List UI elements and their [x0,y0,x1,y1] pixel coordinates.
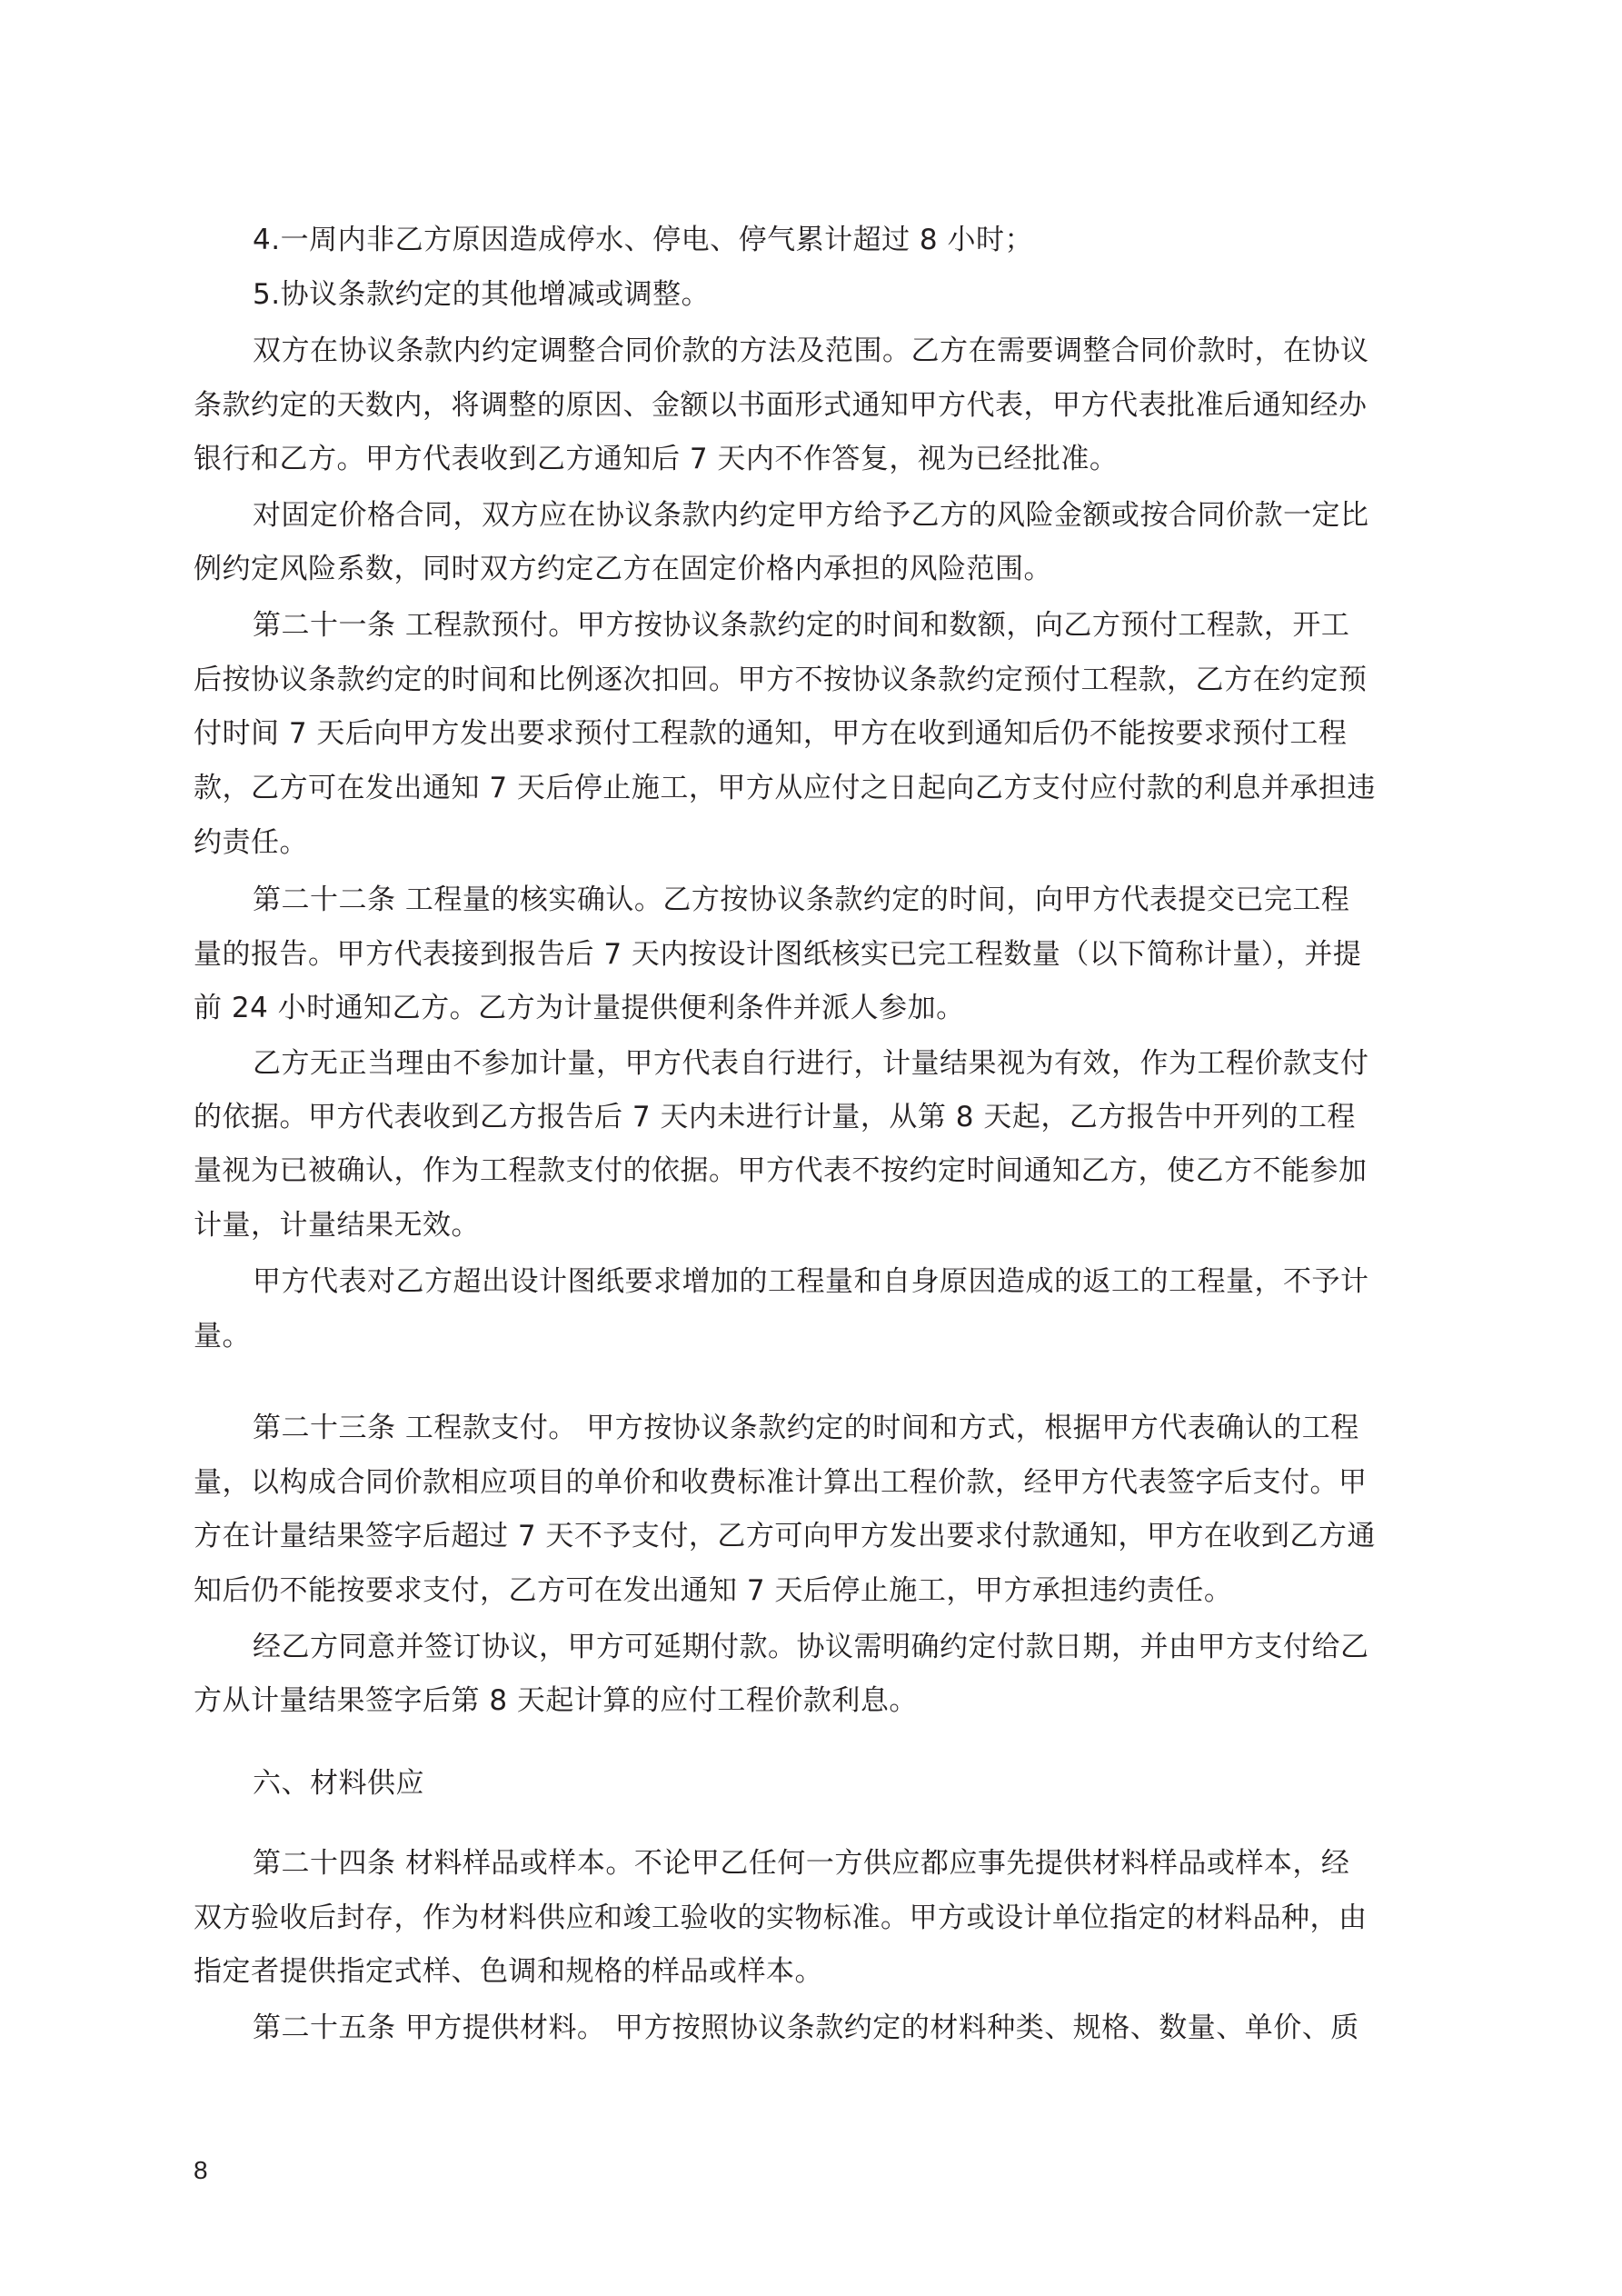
text-line: 银行和乙方。甲方代表收到乙方通知后 7 天内不作答复，视为已经批准。 [194,441,1429,477]
text-line: 方在计量结果签字后超过 7 天不予支付，乙方可向甲方发出要求付款通知，甲方在收到… [194,1518,1429,1554]
text-line: 后按协议条款约定的时间和比例逐次扣回。甲方不按协议条款约定预付工程款，乙方在约定… [194,662,1429,698]
text-line: 量。 [194,1318,1429,1354]
text-line: 第二十五条 甲方提供材料。 甲方按照协议条款约定的材料种类、规格、数量、单价、质 [253,2010,1429,2046]
text-line: 量，以构成合同价款相应项目的单价和收费标准计算出工程价款，经甲方代表签字后支付。… [194,1464,1429,1501]
text-line: 款，乙方可在发出通知 7 天后停止施工，甲方从应付之日起向乙方支付应付款的利息并… [194,770,1429,806]
text-line: 计量，计量结果无效。 [194,1207,1429,1243]
text-line: 知后仍不能按要求支付，乙方可在发出通知 7 天后停止施工，甲方承担违约责任。 [194,1572,1429,1609]
text-line: 第二十一条 工程款预付。甲方按协议条款约定的时间和数额，向乙方预付工程款，开工 [253,607,1429,644]
document-page: 4.一周内非乙方原因造成停水、停电、停气累计超过 8 小时；5.协议条款约定的其… [0,0,1622,2296]
text-line: 双方验收后封存，作为材料供应和竣工验收的实物标准。甲方或设计单位指定的材料品种，… [194,1900,1429,1936]
text-line: 指定者提供指定式样、色调和规格的样品或样本。 [194,1953,1429,1990]
text-line: 第二十四条 材料样品或样本。不论甲乙任何一方供应都应事先提供材料样品或样本，经 [253,1845,1429,1882]
text-line: 量视为已被确认，作为工程款支付的依据。甲方代表不按约定时间通知乙方，使乙方不能参… [194,1153,1429,1189]
text-line: 乙方无正当理由不参加计量，甲方代表自行进行，计量结果视为有效，作为工程价款支付 [253,1045,1429,1082]
page-number: 8 [194,2154,208,2187]
text-line: 约责任。 [194,824,1429,861]
section-heading-materials-supply: 六、材料供应 [253,1765,1429,1802]
text-line: 前 24 小时通知乙方。乙方为计量提供便利条件并派人参加。 [194,990,1429,1026]
text-line: 第二十二条 工程量的核实确认。乙方按协议条款约定的时间，向甲方代表提交已完工程 [253,882,1429,918]
text-line: 的依据。甲方代表收到乙方报告后 7 天内未进行计量，从第 8 天起，乙方报告中开… [194,1099,1429,1135]
text-line: 4.一周内非乙方原因造成停水、停电、停气累计超过 8 小时； [253,222,1429,258]
text-line: 5.协议条款约定的其他增减或调整。 [253,276,1429,313]
text-line: 双方在协议条款内约定调整合同价款的方法及范围。乙方在需要调整合同价款时，在协议 [253,333,1429,369]
text-line: 第二十三条 工程款支付。 甲方按协议条款约定的时间和方式，根据甲方代表确认的工程 [253,1410,1429,1446]
text-line: 例约定风险系数，同时双方约定乙方在固定价格内承担的风险范围。 [194,551,1429,587]
text-line: 付时间 7 天后向甲方发出要求预付工程款的通知，甲方在收到通知后仍不能按要求预付… [194,715,1429,752]
text-line: 对固定价格合同，双方应在协议条款内约定甲方给予乙方的风险金额或按合同价款一定比 [253,497,1429,534]
text-line: 经乙方同意并签订协议，甲方可延期付款。协议需明确约定付款日期，并由甲方支付给乙 [253,1629,1429,1665]
text-line: 甲方代表对乙方超出设计图纸要求增加的工程量和自身原因造成的返工的工程量，不予计 [253,1263,1429,1300]
text-line: 方从计量结果签字后第 8 天起计算的应付工程价款利息。 [194,1682,1429,1719]
text-line: 量的报告。甲方代表接到报告后 7 天内按设计图纸核实已完工程数量（以下简称计量）… [194,936,1429,973]
text-line: 条款约定的天数内，将调整的原因、金额以书面形式通知甲方代表，甲方代表批准后通知经… [194,387,1429,424]
